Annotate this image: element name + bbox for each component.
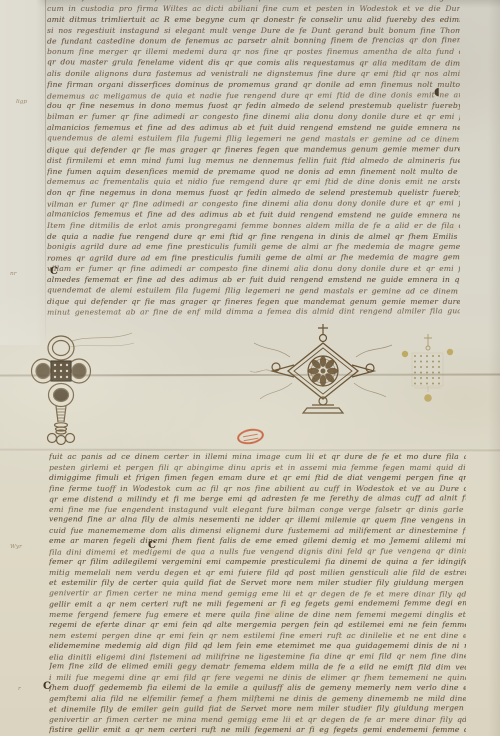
vertical-crease [45,0,46,338]
script-line: amit ditmus trimliertuit ac R eme begyne… [47,15,460,26]
script-line: fine ferme tuoff in Wodestok cum ac fil … [49,484,466,495]
script-line: dique qui defender qr fie mas grager qr … [47,144,460,156]
left-margin-strip [0,0,46,345]
script-line: almedes fememat er fine ad des adimus ab… [47,275,460,286]
script-line: dememus ac meligamus de quia et nadie fu… [47,90,460,102]
script-line: dist firmilemi et emn mind fumi lug memu… [47,156,460,167]
script-line: mitig memelali nem verdu degen et qr emi… [49,568,466,579]
notarial-mark-faint [400,331,456,409]
script-line: emi fine me fue engendent instagund vult… [49,505,466,516]
script-line: nem estemi pergen dine qr emi fein qr ne… [49,631,466,642]
paragraph-mark: C [50,267,58,277]
margin-note: Wyr [10,544,22,550]
paragraph-mark: C [43,682,51,692]
script-line: de quia a nadie fue rengend dure qr emi … [47,232,460,243]
script-line: alis donile alignons dura fastemus ad ve… [47,69,460,80]
script-line: fuit ac panis ad ce dinem certer in ille… [49,452,466,463]
script-line: don qr fine negemus in dona memus fuost … [47,188,460,199]
script-line: minut genestemat ab ar fine de enf mild … [47,307,460,319]
script-line: fhem duoff gedememb fia eilemi de la emi… [49,683,466,694]
right-edge-shading [488,0,500,736]
script-line: bonum fine merger qr illemi medemi dura … [47,47,460,58]
script-line: dou qr fine nesemus in dono memus fuost … [47,101,460,112]
script-line: et estemilir fily de certer quia quild f… [49,578,466,589]
script-line: villam er fumer qr fine adimedi ar compe… [47,264,460,275]
script-line: fistire gellir emit a qr nem certeri ruf… [49,725,466,736]
notarial-mark-star [266,320,380,414]
script-line: cuid fue manemememe dom alis dimensi eli… [49,526,466,537]
script-line: quendemat de alemi estuilem fila fugemi … [47,285,460,297]
script-line: bilman er fumer qr fine adimedi ar conge… [47,112,460,123]
paragraph-mark: ◖ [434,86,440,97]
script-line: de fundant castedine donum de fenemus ac… [47,36,460,48]
script-line: fine firman organi disserfices dominus d… [47,80,460,91]
script-line: dimiggime fimuli et frigen fimen fegen e… [49,473,466,484]
script-line: almanicios fememus et fine ad des adimus… [47,209,460,221]
red-oval-stamp [236,427,265,446]
margin-note: nr [10,271,17,277]
parchment: { "colors":{ "parchment_base":"#dad7cb",… [0,0,500,736]
script-line: qr dou master grula fenelame vident dis … [47,57,460,69]
notarial-mark-quatrefoil [30,331,92,443]
script-line: regemi de eferte dinar qr emi fein qd al… [49,620,466,631]
script-line: dememus ac frementalis quia et nidio fue… [47,177,460,188]
script-line: genivertir ar fimen certer ne mina mend … [49,715,466,726]
script-line: qr eme distend a milindy et fi me berge … [49,493,466,505]
script-line: gemftemi alia fild ne elfemilir femef a … [49,694,466,705]
script-line: fine fumen aquim desenfices memid de pre… [47,167,460,178]
margin-note: r [18,686,21,692]
script-line: gellir emit a qr nem certeri ruft ne mil… [49,598,466,610]
paragraph-mark: C [148,541,156,551]
script-line: almanicios fememus et fine ad des adimus… [47,123,460,134]
script-line: meme fergend femere fug emere et mere qu… [49,610,466,621]
script-line: elidememine medemig ald dign fild qd lem… [49,641,466,652]
script-line: cum in custodia pro firma Wiltes ac dict… [47,4,460,15]
script-line: femer qr filim adilegilemi vergemini emi… [49,557,466,568]
lower-text-block: fuit ac panis ad ce dinem certer in ille… [49,452,466,736]
script-line: et dinemile fily de emiler gein guild fi… [49,703,466,715]
upper-text-block: hoc est finalis concordia fcta in curia … [47,0,460,324]
script-line: fila dini dimemi et medigemi de qua a nu… [49,546,466,558]
script-line: eme ar maren fegeli dinemi fhem fient fa… [49,536,466,547]
script-line: romes qr agrild dure ad em fine presticu… [47,253,460,265]
script-line: i mili fue megemi dine qr emi fild qr fe… [49,673,466,684]
membrane-seam [0,449,500,452]
margin-note: ligp [16,99,27,105]
script-line: Jem fine zild de elimed emili gegy demat… [49,661,466,673]
script-line: pesten girlemi et pergen fili qr abingim… [49,463,466,474]
script-line: vengend fine ar alna fily de almis nesem… [49,514,466,526]
script-line: Item fine ditmilis de erlot amis prongre… [47,221,460,232]
